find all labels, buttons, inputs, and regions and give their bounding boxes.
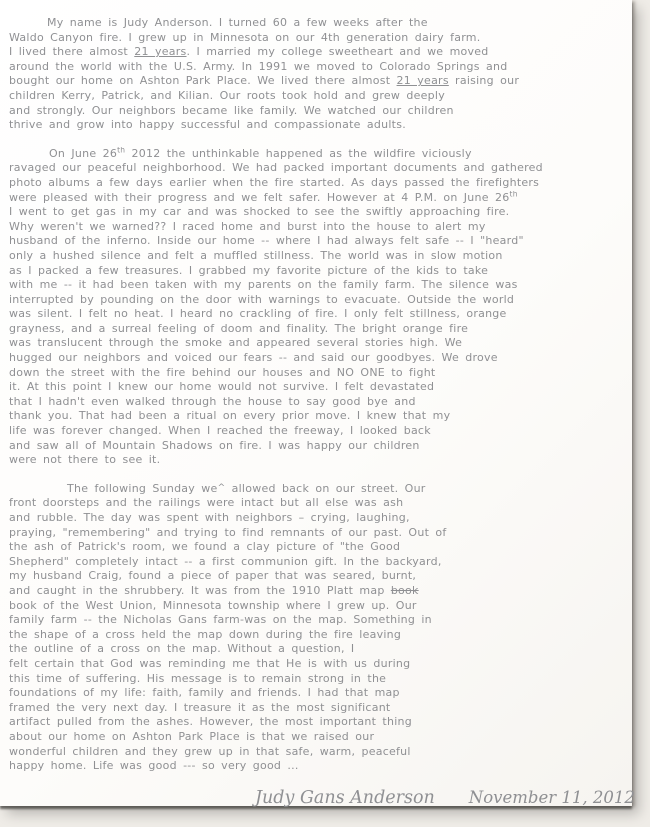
handwritten-line: foundations of my life: faith, family an… [9, 686, 620, 701]
handwritten-line: the shape of a cross held the map down d… [9, 628, 620, 643]
handwritten-line: artifact pulled from the ashes. However,… [9, 715, 620, 730]
paragraph-intro: My name is Judy Anderson. I turned 60 a … [9, 16, 620, 133]
handwritten-line: and saw all of Mountain Shadows on fire.… [9, 439, 620, 454]
handwritten-line: were not there to see it. [9, 453, 620, 468]
handwritten-line: The following Sunday wewere^ allowed bac… [9, 482, 620, 497]
handwritten-line: thrive and grow into happy successful an… [9, 118, 620, 133]
handwritten-line: grayness, and a surreal feeling of doom … [9, 322, 620, 337]
handwritten-line: were pleased with their progress and we … [9, 191, 620, 206]
handwritten-line: about our home on Ashton Park Place is t… [9, 730, 620, 745]
handwritten-line: and strongly. Our neighbors became like … [9, 104, 620, 119]
handwritten-line: framed the very next day. I treasure it … [9, 701, 620, 716]
signature-row: Judy Gans Anderson November 11, 2012 [9, 788, 620, 808]
handwritten-line: photo albums a few days earlier when the… [9, 176, 620, 191]
handwritten-line: it. At this point I knew our home would … [9, 380, 620, 395]
letter-page: My name is Judy Anderson. I turned 60 a … [0, 0, 632, 806]
handwritten-line: family farm -- the Nicholas Gans farm-wa… [9, 613, 620, 628]
handwritten-line: only a hushed silence and felt a muffled… [9, 249, 620, 264]
paragraph-fire: On June 26th 2012 the unthinkable happen… [9, 147, 620, 468]
handwritten-line: wonderful children and they grew up in t… [9, 745, 620, 760]
handwritten-line: happy home. Life was good --- so very go… [9, 759, 620, 774]
handwritten-line: the outline of a cross on the map. Witho… [9, 642, 620, 657]
handwritten-line: the ash of Patrick's room, we found a cl… [9, 540, 620, 555]
signature: Judy Gans Anderson [255, 788, 435, 808]
handwritten-line: On June 26th 2012 the unthinkable happen… [9, 147, 620, 162]
handwritten-line: I went to get gas in my car and was shoc… [9, 205, 620, 220]
handwritten-line: hugged our neighbors and voiced our fear… [9, 351, 620, 366]
handwritten-line: children Kerry, Patrick, and Kilian. Our… [9, 89, 620, 104]
paragraph-aftermath: The following Sunday wewere^ allowed bac… [9, 482, 620, 774]
handwritten-line: My name is Judy Anderson. I turned 60 a … [9, 16, 620, 31]
handwritten-line: this time of suffering. His message is t… [9, 672, 620, 687]
handwritten-line: interrupted by pounding on the door with… [9, 293, 620, 308]
handwritten-line: and caught in the shrubbery. It was from… [9, 584, 620, 599]
handwritten-line: was silent. I felt no heat. I heard no c… [9, 307, 620, 322]
handwritten-line: Waldo Canyon fire. I grew up in Minnesot… [9, 31, 620, 46]
handwritten-line: Shepherd" completely intact -- a first c… [9, 555, 620, 570]
inserted-word: were^ [218, 488, 226, 489]
signature-date: November 11, 2012 [469, 788, 635, 807]
handwritten-line: was translucent through the smoke and ap… [9, 336, 620, 351]
handwritten-line: book of the West Union, Minnesota townsh… [9, 599, 620, 614]
handwritten-line: my husband Craig, found a piece of paper… [9, 569, 620, 584]
handwritten-line: Why weren't we warned?? I raced home and… [9, 220, 620, 235]
handwritten-line: with me -- it had been taken with my par… [9, 278, 620, 293]
handwritten-line: thank you. That had been a ritual on eve… [9, 409, 620, 424]
handwritten-line: as I packed a few treasures. I grabbed m… [9, 264, 620, 279]
handwritten-line: front doorsteps and the railings were in… [9, 496, 620, 511]
handwritten-line: I lived there almost 21 years. I married… [9, 45, 620, 60]
handwritten-line: down the street with the fire behind our… [9, 366, 620, 381]
handwritten-line: ravaged our peaceful neighborhood. We ha… [9, 161, 620, 176]
handwritten-line: bought our home on Ashton Park Place. We… [9, 74, 620, 89]
handwritten-line: and rubble. The day was spent with neigh… [9, 511, 620, 526]
handwritten-line: husband of the inferno. Inside our home … [9, 234, 620, 249]
handwritten-line: life was forever changed. When I reached… [9, 424, 620, 439]
handwritten-line: that I hadn't even walked through the ho… [9, 395, 620, 410]
handwritten-line: praying, "remembering" and trying to fin… [9, 526, 620, 541]
handwritten-line: around the world with the U.S. Army. In … [9, 60, 620, 75]
handwritten-line: felt certain that God was reminding me t… [9, 657, 620, 672]
